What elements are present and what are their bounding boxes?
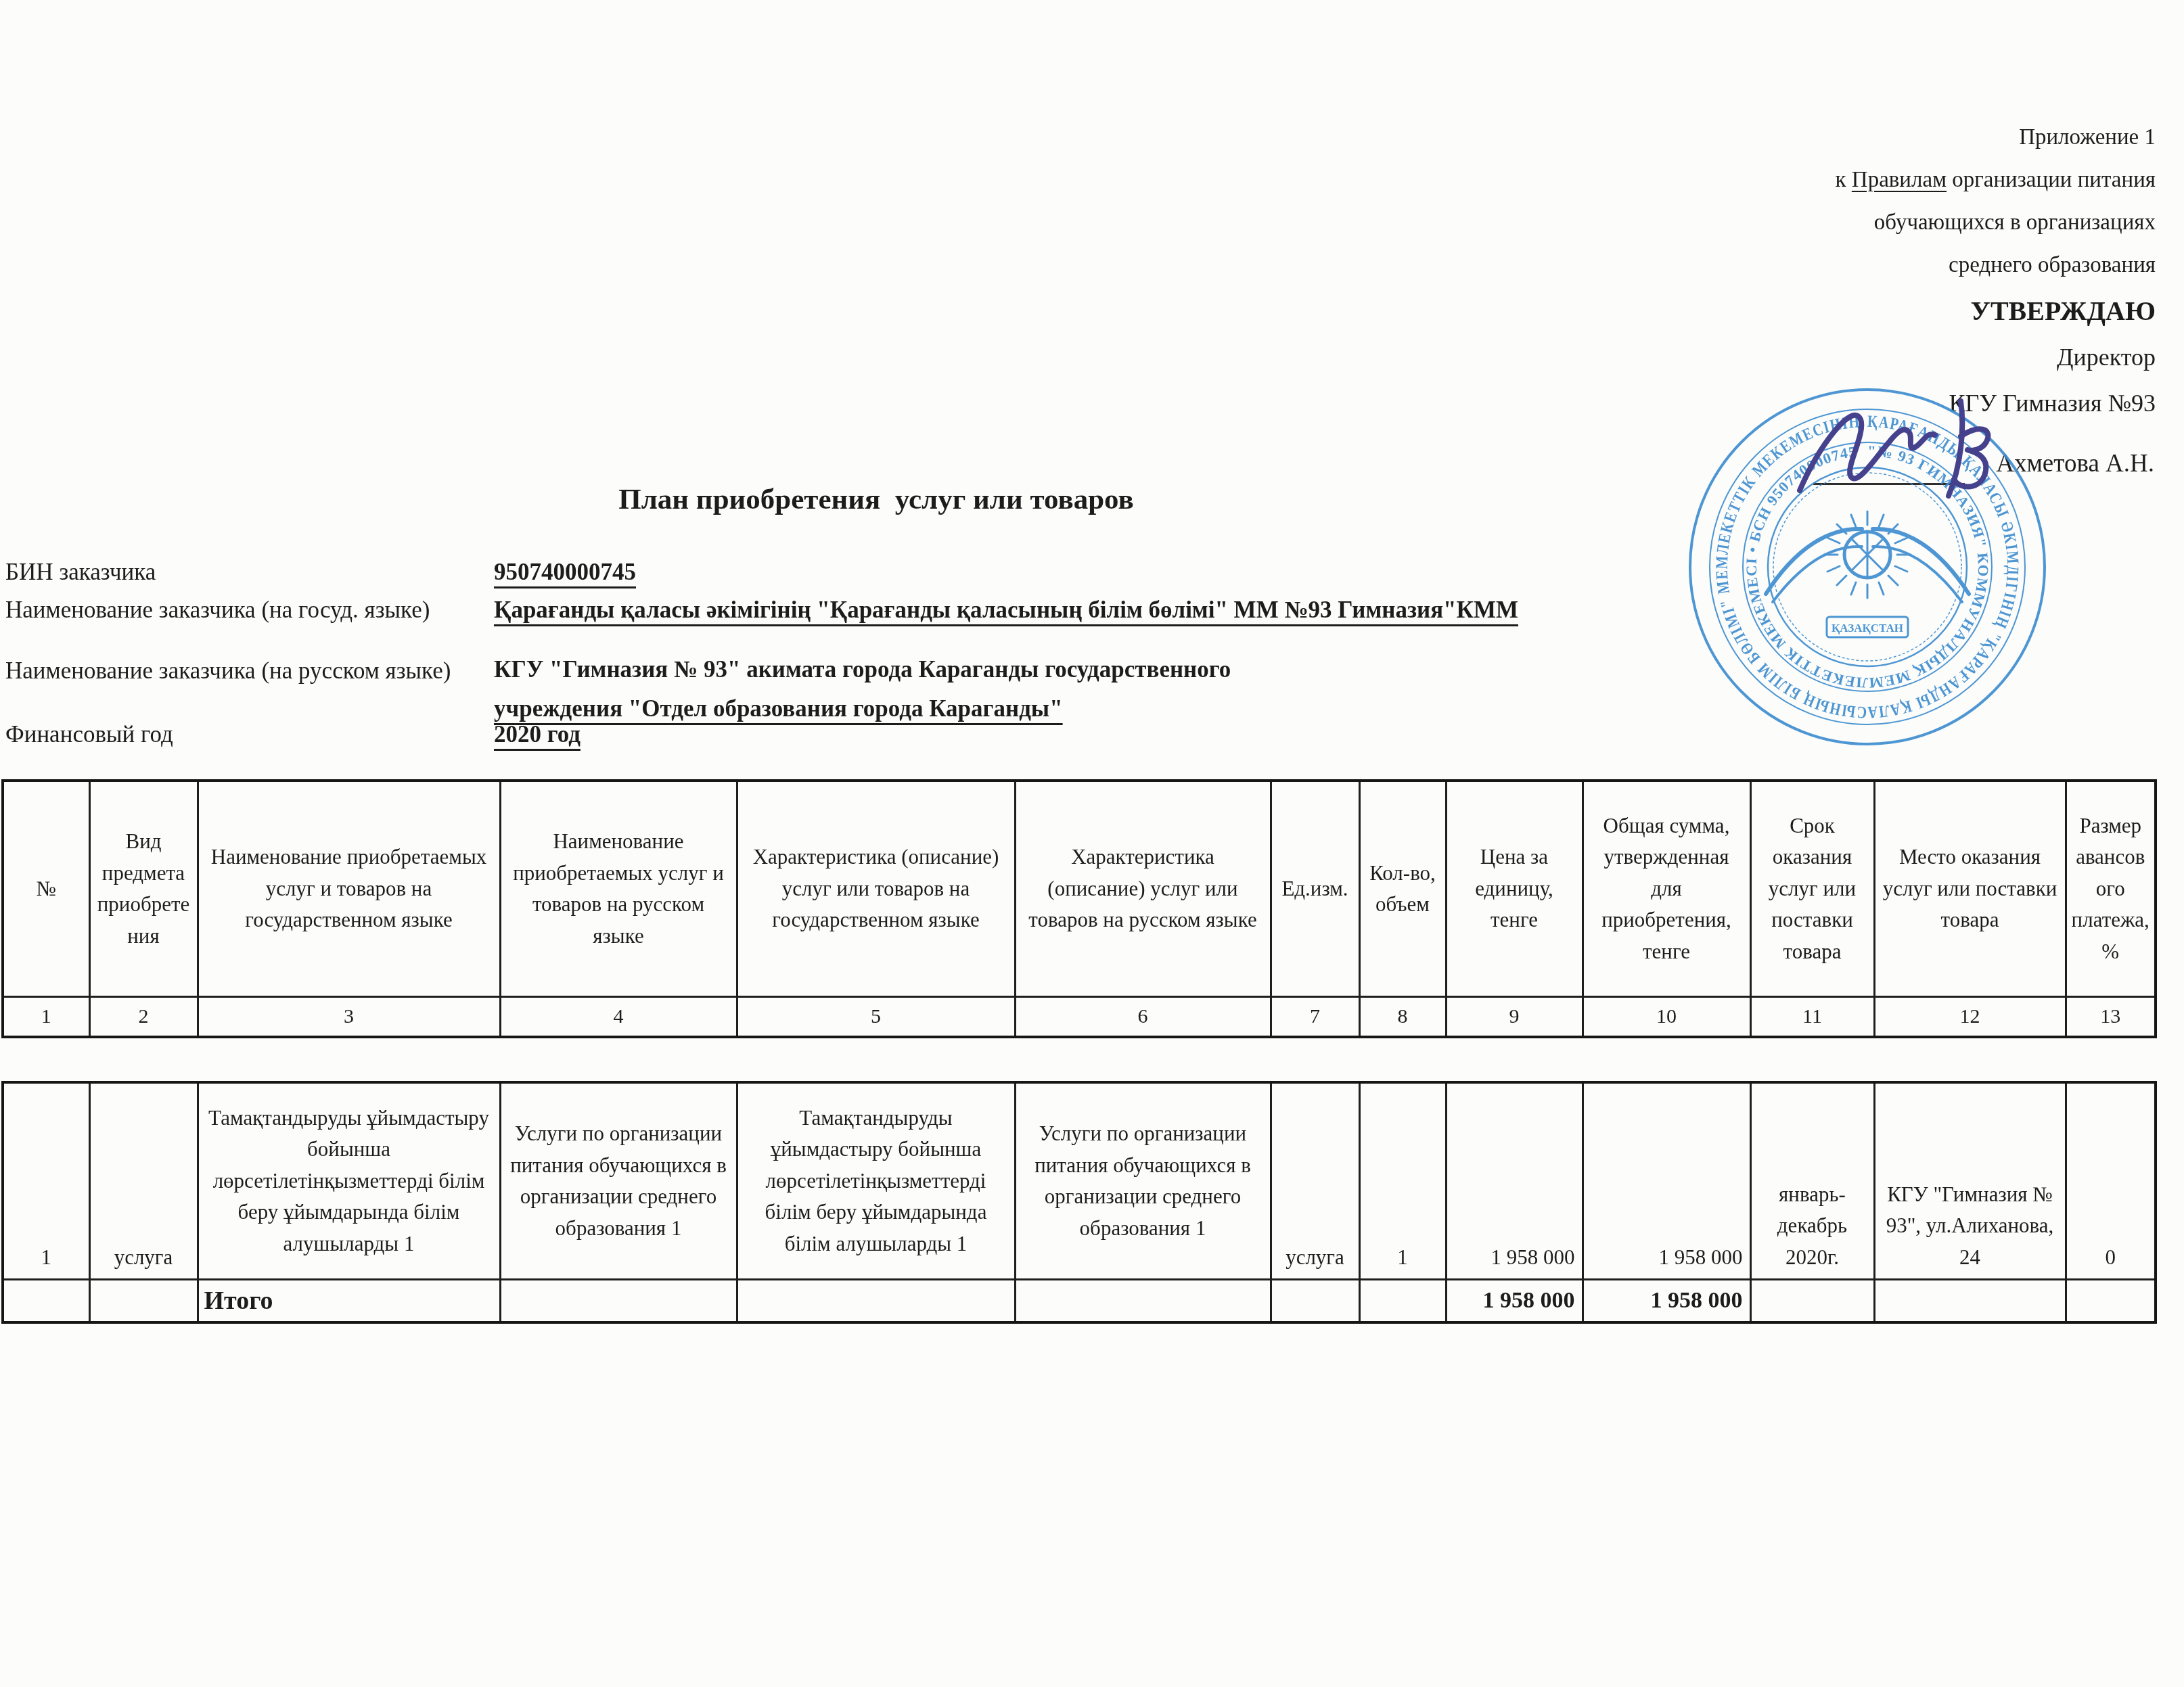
cell-period: январь-декабрь 2020г. [1750,1082,1874,1280]
header-cell-unit-price: Цена за единицу, тенге [1446,781,1583,997]
empty-cell [500,1280,737,1323]
cell-unit: услуга [1271,1082,1359,1280]
appendix-text: организации питания [1947,168,2156,192]
column-number: 2 [89,997,198,1038]
cell-advance: 0 [2066,1082,2156,1280]
empty-cell [2066,1280,2156,1323]
field-value-name-ru-line2: учреждения "Отдел образования города Кар… [494,695,1063,722]
header-cell-place: Место оказания услуг или поставки товара [1874,781,2066,997]
appendix-line: к Правилам организации питания [1836,159,2156,202]
header-cell-num: № [3,781,89,997]
cell-name-ru: Услуги по организации питания обучающихс… [500,1082,737,1280]
cell-item-type: услуга [89,1082,198,1280]
column-number: 7 [1271,997,1359,1038]
stamp-emblem-icon [1766,511,1969,637]
header-cell-desc-kz: Характеристика (описание) услуг или това… [737,781,1015,997]
field-label-name-kz: Наименование заказчика (на госуд. языке) [5,597,430,624]
cell-unit-price: 1 958 000 [1446,1082,1583,1280]
total-row: Итого 1 958 000 1 958 000 [3,1280,2156,1323]
cell-desc-ru: Услуги по организации питания обучающихс… [1015,1082,1271,1280]
column-number: 1 [3,997,89,1038]
header-cell-quantity: Кол-во, объем [1359,781,1446,997]
header-cell-total-sum: Общая сумма, утвержденная для приобретен… [1583,781,1750,997]
page-title: План приобретения услуг или товаров [0,483,1752,516]
appendix-line: Приложение 1 [1836,116,2156,159]
cell-name-kz: Тамақтандыруды ұйымдастыру бойынша лөрсе… [198,1082,500,1280]
approval-position: Директор [1949,343,2156,371]
table-row: 1 услуга Тамақтандыруды ұйымдастыру бойы… [3,1082,2156,1280]
appendix-line: обучающихся в организациях [1836,202,2156,244]
approval-heading: УТВЕРЖДАЮ [1949,295,2156,327]
empty-cell [1015,1280,1271,1323]
field-value-name-ru-line1: КГУ "Гимназия № 93" акимата города Караг… [494,656,1231,683]
empty-cell [737,1280,1015,1323]
empty-cell [1271,1280,1359,1323]
column-number: 8 [1359,997,1446,1038]
column-number: 13 [2066,997,2156,1038]
field-value-bin: 950740000745 [494,559,636,586]
column-number: 3 [198,997,500,1038]
column-number: 5 [737,997,1015,1038]
appendix-line: среднего образования [1836,244,2156,287]
cell-place: КГУ "Гимназия № 93", ул.Алиханова, 24 [1874,1082,2066,1280]
field-value-name-kz: Қарағанды қаласы әкімігінің "Қарағанды қ… [494,597,1518,624]
total-unit-price-cell: 1 958 000 [1446,1280,1583,1323]
header-cell-unit: Ед.изм. [1271,781,1359,997]
cell-total-sum: 1 958 000 [1583,1082,1750,1280]
header-cell-item-type: Вид предмета приобретения [89,781,198,997]
empty-cell [89,1280,198,1323]
field-value-year: 2020 год [494,721,581,748]
total-label-cell: Итого [198,1280,500,1323]
column-number: 6 [1015,997,1271,1038]
signature-icon [1758,389,2042,524]
empty-cell [1874,1280,2066,1323]
field-label-name-ru: Наименование заказчика (на русском языке… [5,657,451,685]
column-number: 9 [1446,997,1583,1038]
appendix-text: к [1836,168,1852,192]
procurement-header-table: № Вид предмета приобретения Наименование… [1,779,2157,1038]
document-page: Приложение 1 к Правилам организации пита… [0,0,2184,1687]
column-number: 12 [1874,997,2066,1038]
cell-num: 1 [3,1082,89,1280]
empty-cell [1750,1280,1874,1323]
cell-desc-kz: Тамақтандыруды ұйымдастыру бойынша лөрсе… [737,1082,1015,1280]
empty-cell [3,1280,89,1323]
header-cell-name-kz: Наименование приобретаемых услуг и товар… [198,781,500,997]
appendix-block: Приложение 1 к Правилам организации пита… [1836,116,2156,287]
empty-cell [1359,1280,1446,1323]
header-cell-name-ru: Наименование приобретаемых услуг и товар… [500,781,737,997]
total-sum-cell: 1 958 000 [1583,1280,1750,1323]
column-number: 10 [1583,997,1750,1038]
procurement-data-table: 1 услуга Тамақтандыруды ұйымдастыру бойы… [1,1081,2157,1324]
field-label-bin: БИН заказчика [5,559,156,586]
column-number: 4 [500,997,737,1038]
stamp-banner-text: ҚАЗАҚСТАН [1832,622,1903,634]
cell-quantity: 1 [1359,1082,1446,1280]
table-header-row: № Вид предмета приобретения Наименование… [3,781,2156,997]
header-cell-period: Срок оказания услуг или поставки товара [1750,781,1874,997]
column-number-row: 1 2 3 4 5 6 7 8 9 10 11 12 13 [3,997,2156,1038]
field-label-year: Финансовый год [5,721,173,748]
header-cell-advance: Размер авансового платежа, % [2066,781,2156,997]
column-number: 11 [1750,997,1874,1038]
header-cell-desc-ru: Характеристика (описание) услуг или това… [1015,781,1271,997]
appendix-rules-word: Правилам [1852,168,1947,192]
